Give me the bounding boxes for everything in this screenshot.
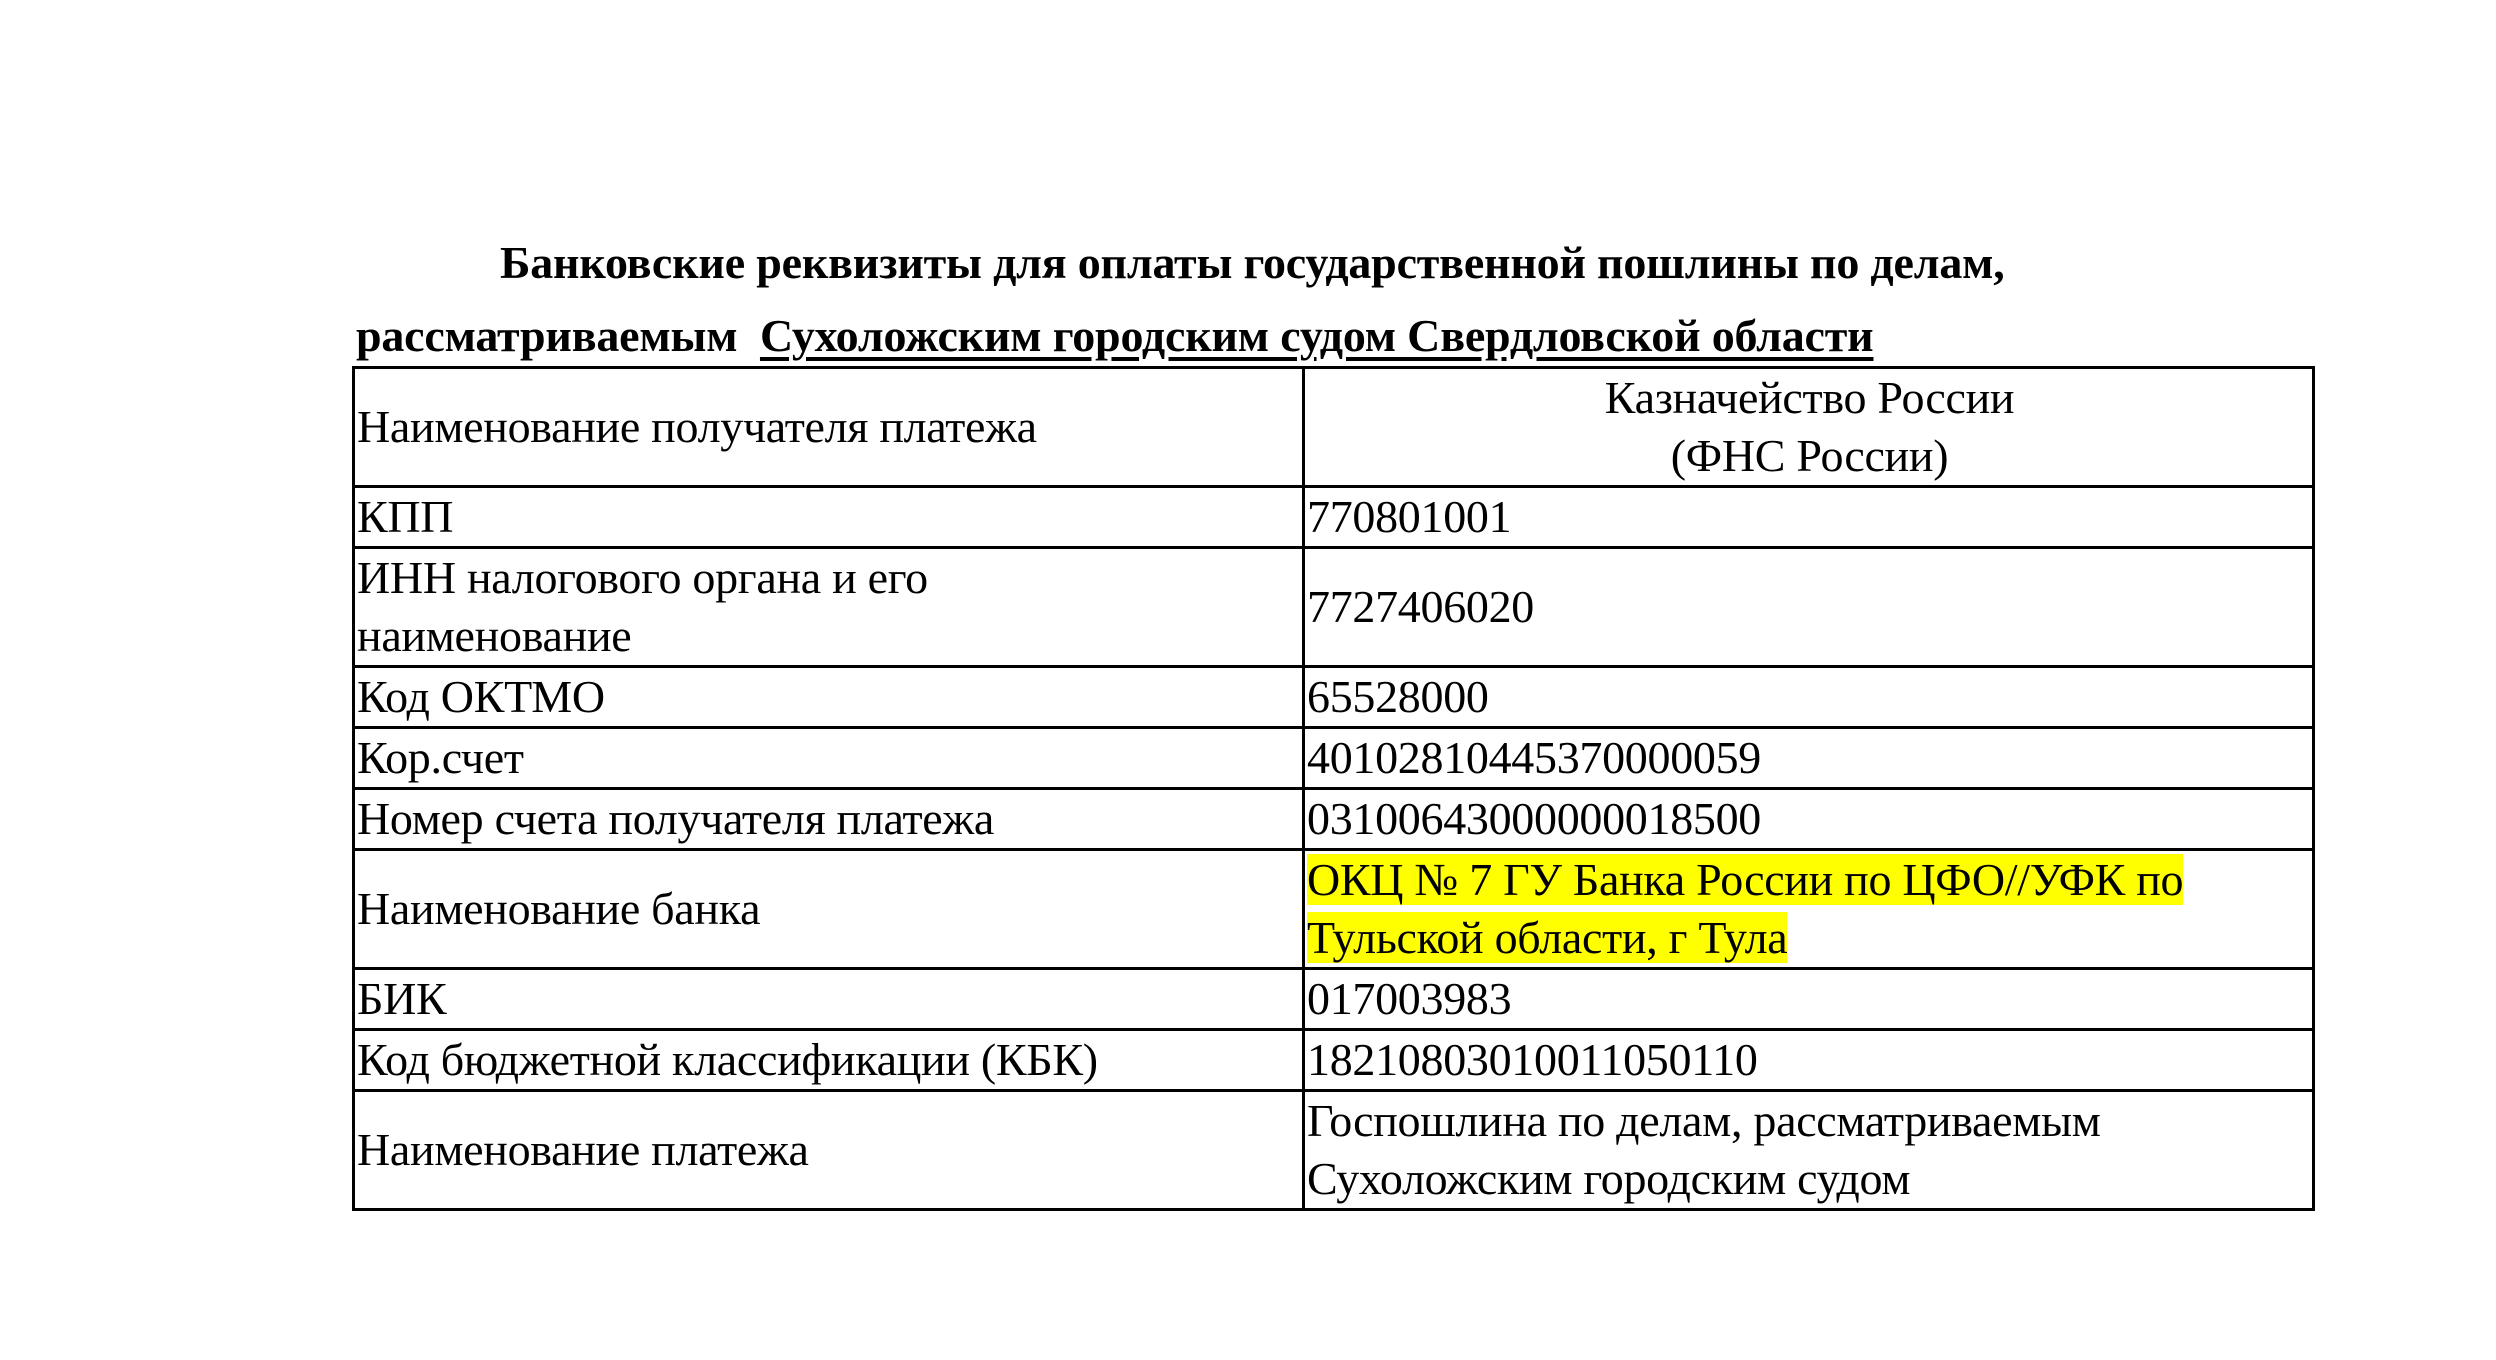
table-row: Наименование банка ОКЦ № 7 ГУ Банка Росс… [354,850,2314,969]
row-label: Код бюджетной классификации (КБК) [354,1030,1304,1091]
row-label: Кор.счет [354,728,1304,789]
table-row: ИНН налогового органа и его наименование… [354,548,2314,667]
bank-name-line: Тульской области, г Тула [1307,912,1787,963]
recipient-name-line: (ФНС России) [1307,427,2312,485]
recipient-name-line: Казначейство России [1307,369,2312,427]
title-court-name: Сухоложским городским судом Свердловской… [760,310,1874,361]
table-row: Номер счета получателя платежа 031006430… [354,789,2314,850]
purpose-line: Госпошлина по делам, рассматриваемым [1307,1092,2312,1150]
purpose-line: Сухоложским городским судом [1307,1150,2312,1208]
row-value: 40102810445370000059 [1304,728,2314,789]
row-label: ИНН налогового органа и его наименование [354,548,1304,667]
row-label: Код ОКТМО [354,667,1304,728]
row-label: Наименование платежа [354,1091,1304,1210]
row-value: 770801001 [1304,487,2314,548]
label-line: ИНН налогового органа и его [357,549,1302,607]
row-label: Наименование получателя платежа [354,368,1304,487]
row-value: Казначейство России (ФНС России) [1304,368,2314,487]
row-value: 017003983 [1304,969,2314,1030]
document-title-line-2: рассматриваемым Сухоложским городским су… [356,309,1873,362]
label-line: наименование [357,607,1302,665]
row-value: Госпошлина по делам, рассматриваемым Сух… [1304,1091,2314,1210]
table-row: Наименование получателя платежа Казначей… [354,368,2314,487]
row-value-highlighted: ОКЦ № 7 ГУ Банка России по ЦФО//УФК по Т… [1304,850,2314,969]
table-row: Код бюджетной классификации (КБК) 182108… [354,1030,2314,1091]
bank-details-table: Наименование получателя платежа Казначей… [352,366,2315,1211]
row-value: 18210803010011050110 [1304,1030,2314,1091]
bank-name-line: ОКЦ № 7 ГУ Банка России по ЦФО//УФК по [1307,854,2183,905]
row-label: Номер счета получателя платежа [354,789,1304,850]
document-title-line-1: Банковские реквизиты для оплаты государс… [500,236,2005,289]
row-label: Наименование банка [354,850,1304,969]
row-label: КПП [354,487,1304,548]
row-value: 03100643000000018500 [1304,789,2314,850]
table-row: Код ОКТМО 65528000 [354,667,2314,728]
row-label: БИК [354,969,1304,1030]
title-plain-part: рассматриваемым [356,310,737,361]
row-value: 7727406020 [1304,548,2314,667]
row-value: 65528000 [1304,667,2314,728]
table-row: Наименование платежа Госпошлина по делам… [354,1091,2314,1210]
table-row: БИК 017003983 [354,969,2314,1030]
table-row: КПП 770801001 [354,487,2314,548]
table-row: Кор.счет 40102810445370000059 [354,728,2314,789]
